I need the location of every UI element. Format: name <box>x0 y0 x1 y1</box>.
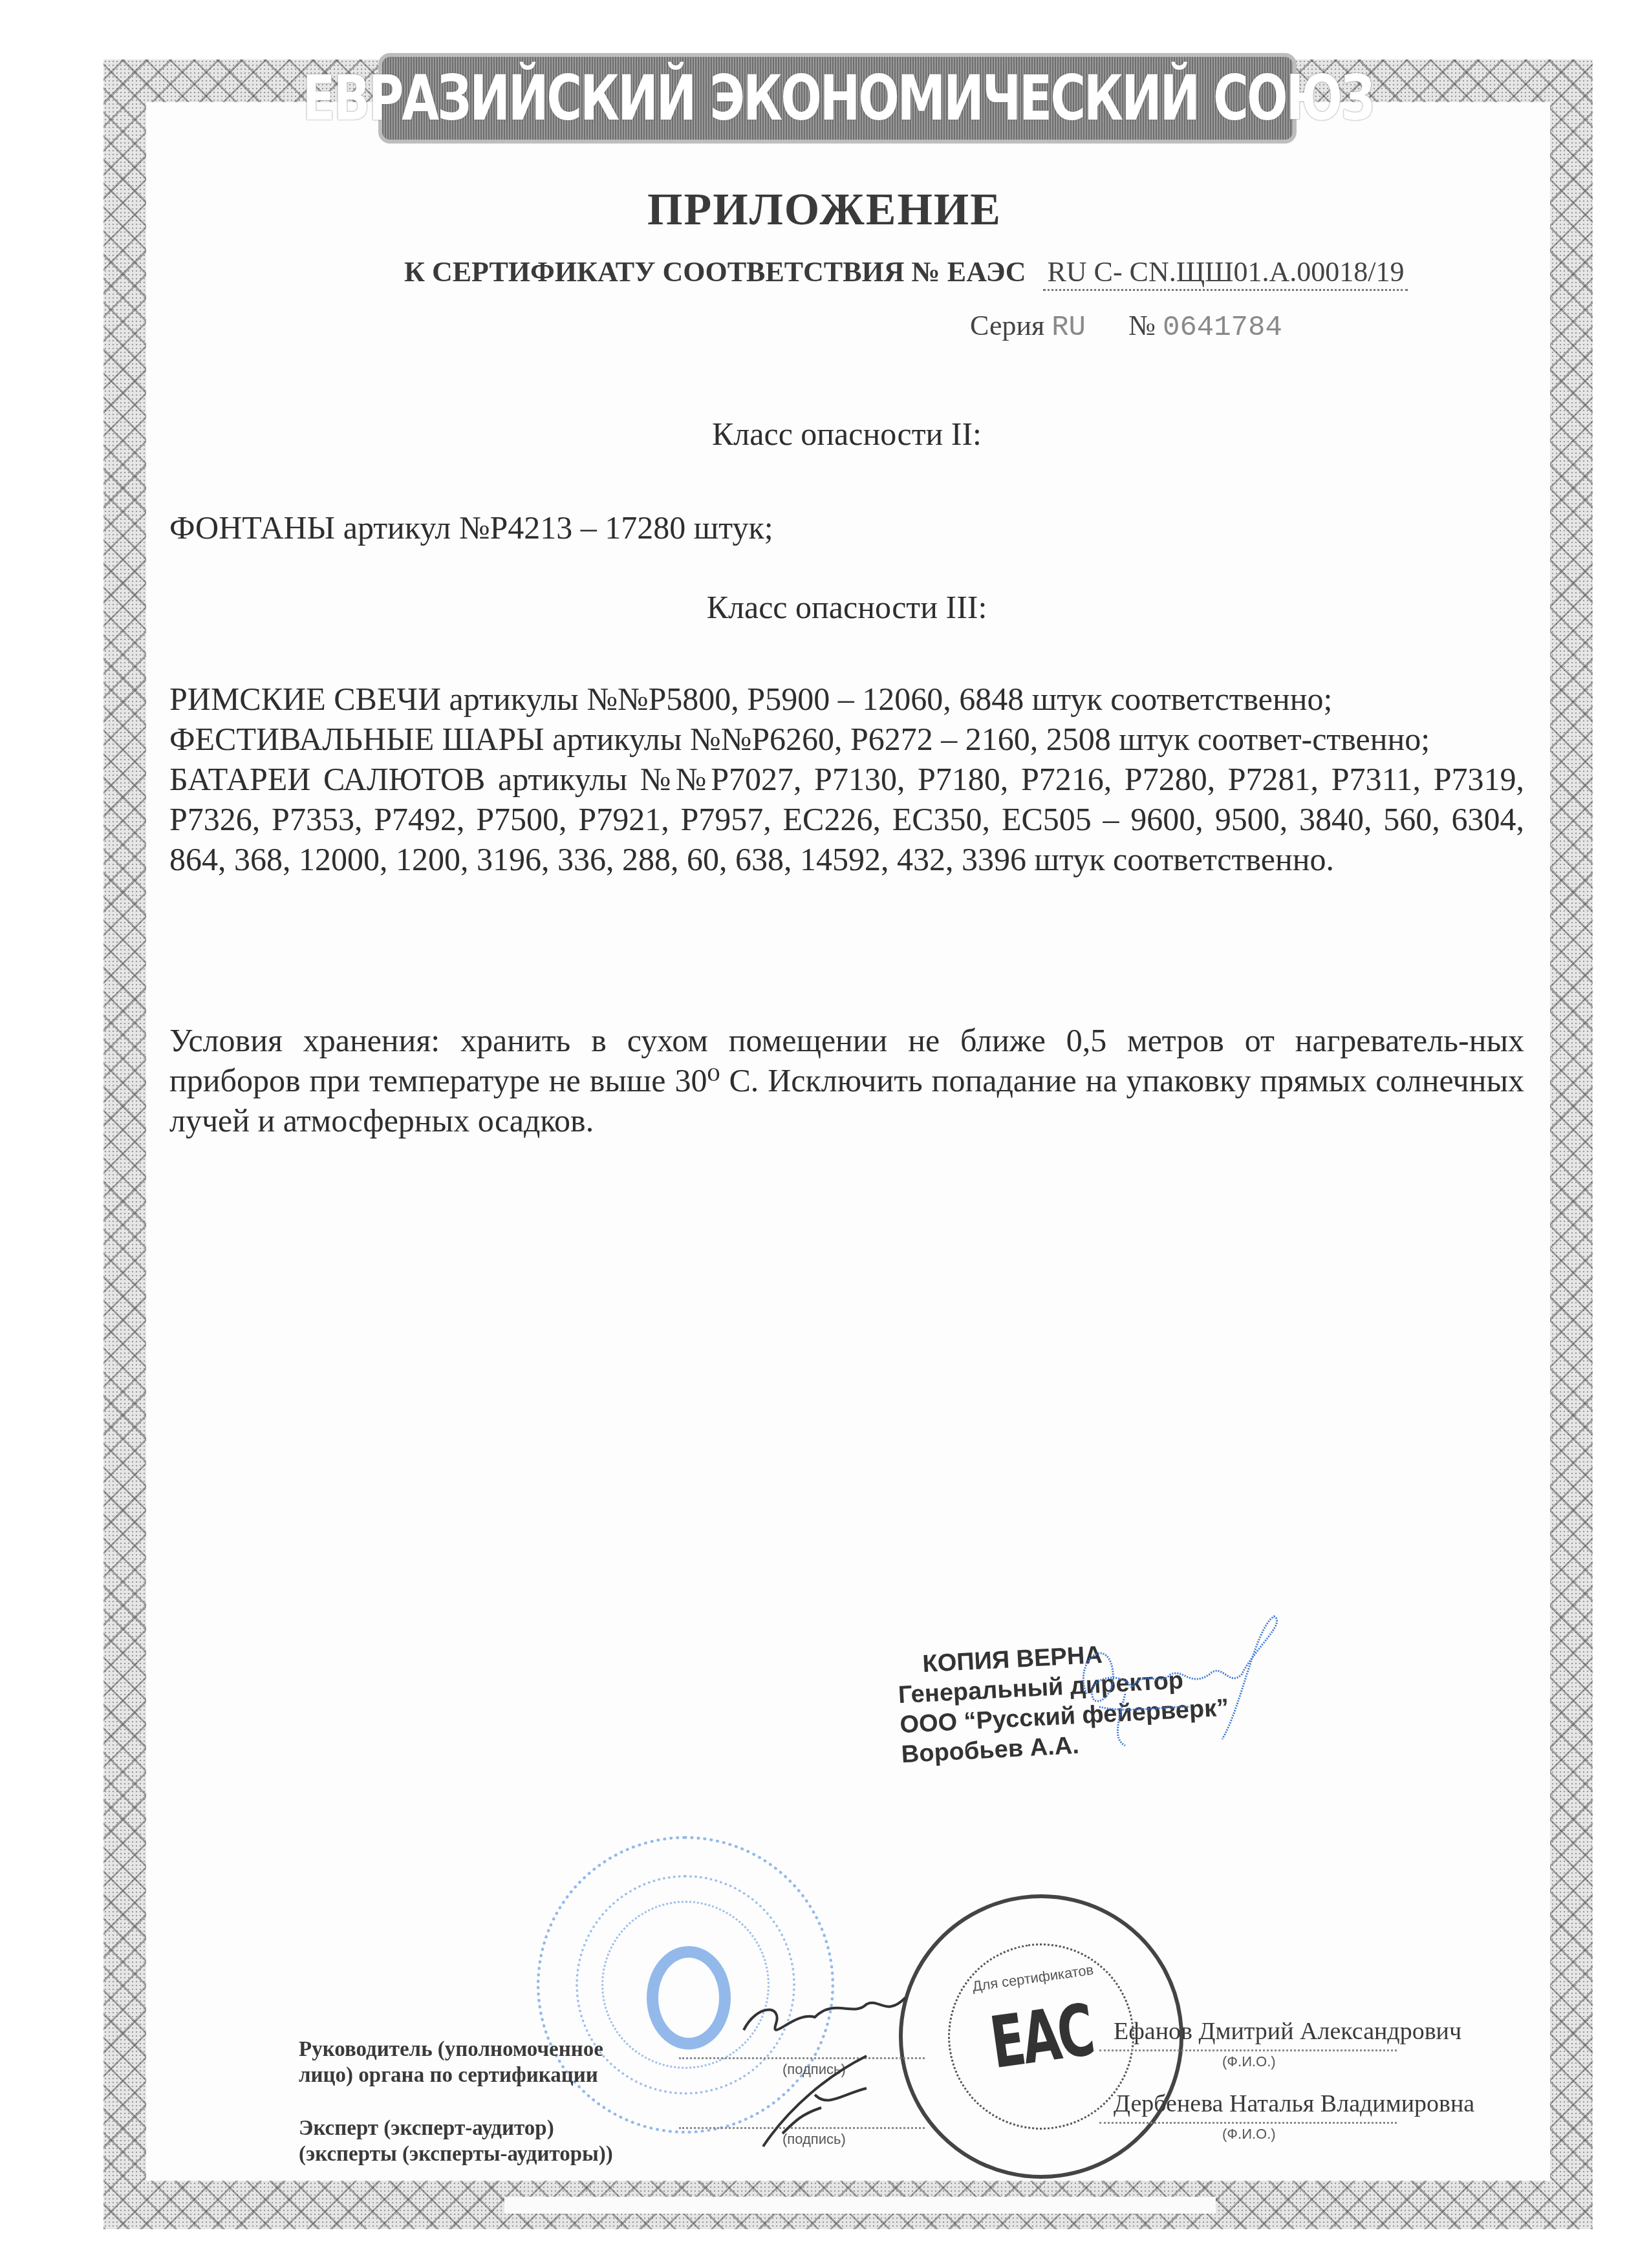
certificate-reference: К СЕРТИФИКАТУ СООТВЕТСТВИЯ № ЕАЭС RU С- … <box>404 255 1408 288</box>
expert-label: Эксперт (эксперт-аудитор) (эксперты (экс… <box>299 2115 613 2167</box>
footer-microprint <box>504 2197 1216 2214</box>
head-signature-icon <box>724 1978 931 2172</box>
series-number-label: № <box>1128 310 1156 341</box>
series-number: 0641784 <box>1163 312 1282 344</box>
expert-fio: Дербенева Наталья Владимировна <box>1114 2090 1474 2118</box>
banner-text: ЕВРАЗИЙСКИЙ ЭКОНОМИЧЕСКИЙ СОЮЗ <box>302 62 1373 134</box>
director-signature-icon <box>1061 1610 1332 1778</box>
storage-conditions: Условия хранения: хранить в сухом помеще… <box>169 1020 1524 1140</box>
stamp-logo-icon <box>647 1946 731 2049</box>
head-label: Руководитель (уполномоченное лицо) орган… <box>299 2037 603 2088</box>
expert-fio-line <box>1099 2122 1397 2124</box>
head-fio: Ефанов Дмитрий Александрович <box>1114 2017 1461 2046</box>
class2-heading: Класс опасности II: <box>169 414 1524 454</box>
series-line: Серия RU № 0641784 <box>970 309 1282 344</box>
series-label: Серия <box>970 310 1044 341</box>
roman-candles-item: РИМСКИЕ СВЕЧИ артикулы №№Р5800, Р5900 – … <box>169 679 1524 719</box>
series-value: RU <box>1051 312 1086 344</box>
salute-batteries-item: БАТАРЕИ САЛЮТОВ артикулы №№Р7027, Р7130,… <box>169 759 1524 879</box>
festival-balls-item: ФЕСТИВАЛЬНЫЕ ШАРЫ артикулы №№Р6260, Р627… <box>169 719 1524 759</box>
head-fio-line <box>1099 2049 1397 2051</box>
class3-heading: Класс опасности III: <box>169 587 1524 627</box>
head-fio-caption: (Ф.И.О.) <box>1222 2053 1276 2070</box>
certificate-number: RU С- CN.ЩШ01.А.00018/19 <box>1043 256 1408 291</box>
certificate-prefix: К СЕРТИФИКАТУ СООТВЕТСТВИЯ № ЕАЭС <box>404 256 1026 288</box>
expert-fio-caption: (Ф.И.О.) <box>1222 2126 1276 2143</box>
fountains-item: ФОНТАНЫ артикул №Р4213 – 17280 штук; <box>169 508 1524 548</box>
eaeu-banner: ЕВРАЗИЙСКИЙ ЭКОНОМИЧЕСКИЙ СОЮЗ <box>378 53 1297 144</box>
product-list: РИМСКИЕ СВЕЧИ артикулы №№Р5800, Р5900 – … <box>169 679 1524 879</box>
page-title: ПРИЛОЖЕНИЕ <box>0 184 1649 236</box>
